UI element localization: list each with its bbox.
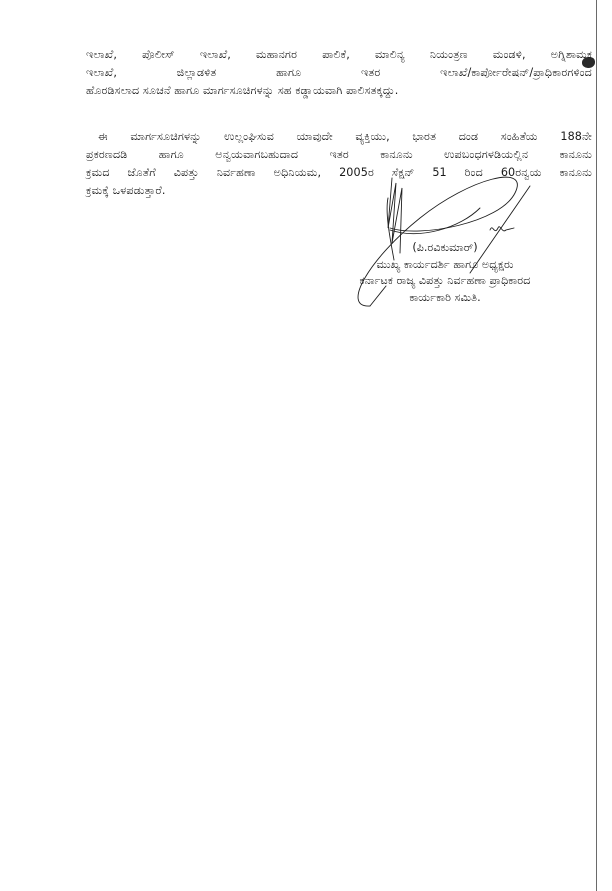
paragraph-guidelines-compliance: ಇಲಾಖೆ, ಪೊಲೀಸ್ ಇಲಾಖೆ, ಮಹಾನಗರ ಪಾಲಿಕೆ, ಮಾಲಿ… (86, 46, 592, 100)
text-line: ಕ್ರಮಕ್ಕೆ ಒಳಪಡುತ್ತಾರೆ. (86, 182, 592, 200)
text-line: ಇಲಾಖೆ, ಜಿಲ್ಲಾಡಳಿತ ಹಾಗೂ ಇತರ ಇಲಾಖೆ/ಕಾರ್ಪೋರ… (86, 64, 592, 82)
text-line: ಈ ಮಾರ್ಗಸೂಚಿಗಳನ್ನು ಉಲ್ಲಂಘಿಸುವ ಯಾವುದೇ ವ್ಯಕ… (86, 128, 592, 146)
signatory-designation-line3: ಕಾರ್ಯಕಾರಿ ಸಮಿತಿ. (300, 290, 590, 307)
signatory-designation-line1: ಮುಖ್ಯ ಕಾರ್ಯದರ್ಶಿ ಹಾಗೂ ಅಧ್ಯಕ್ಷರು (300, 257, 590, 274)
text-line: ಹೊರಡಿಸಲಾದ ಸೂಚನೆ ಹಾಗೂ ಮಾರ್ಗಸೂಚಿಗಳನ್ನು ಸಹ … (86, 82, 592, 100)
page-edge-divider (596, 0, 597, 891)
signature-block: (ಪಿ.ರವಿಕುಮಾರ್) ಮುಖ್ಯ ಕಾರ್ಯದರ್ಶಿ ಹಾಗೂ ಅಧ್… (300, 240, 590, 306)
text-line: ಇಲಾಖೆ, ಪೊಲೀಸ್ ಇಲಾಖೆ, ಮಹಾನಗರ ಪಾಲಿಕೆ, ಮಾಲಿ… (86, 46, 592, 64)
text-line: ಪ್ರಕರಣದಡಿ ಹಾಗೂ ಅನ್ವಯವಾಗಬಹುದಾದ ಇತರ ಕಾನೂನು… (86, 146, 592, 164)
text-line: ಕ್ರಮದ ಜೊತೆಗೆ ವಿಪತ್ತು ನಿರ್ವಹಣಾ ಅಧಿನಿಯಮ, 2… (86, 164, 592, 182)
signatory-name: (ಪಿ.ರವಿಕುಮಾರ್) (300, 240, 590, 257)
signatory-designation-line2: ಕರ್ನಾಟಕ ರಾಜ್ಯ ವಿಪತ್ತು ನಿರ್ವಹಣಾ ಪ್ರಾಧಿಕಾರ… (300, 273, 590, 290)
paragraph-penalty-notice: ಈ ಮಾರ್ಗಸೂಚಿಗಳನ್ನು ಉಲ್ಲಂಘಿಸುವ ಯಾವುದೇ ವ್ಯಕ… (86, 128, 592, 200)
